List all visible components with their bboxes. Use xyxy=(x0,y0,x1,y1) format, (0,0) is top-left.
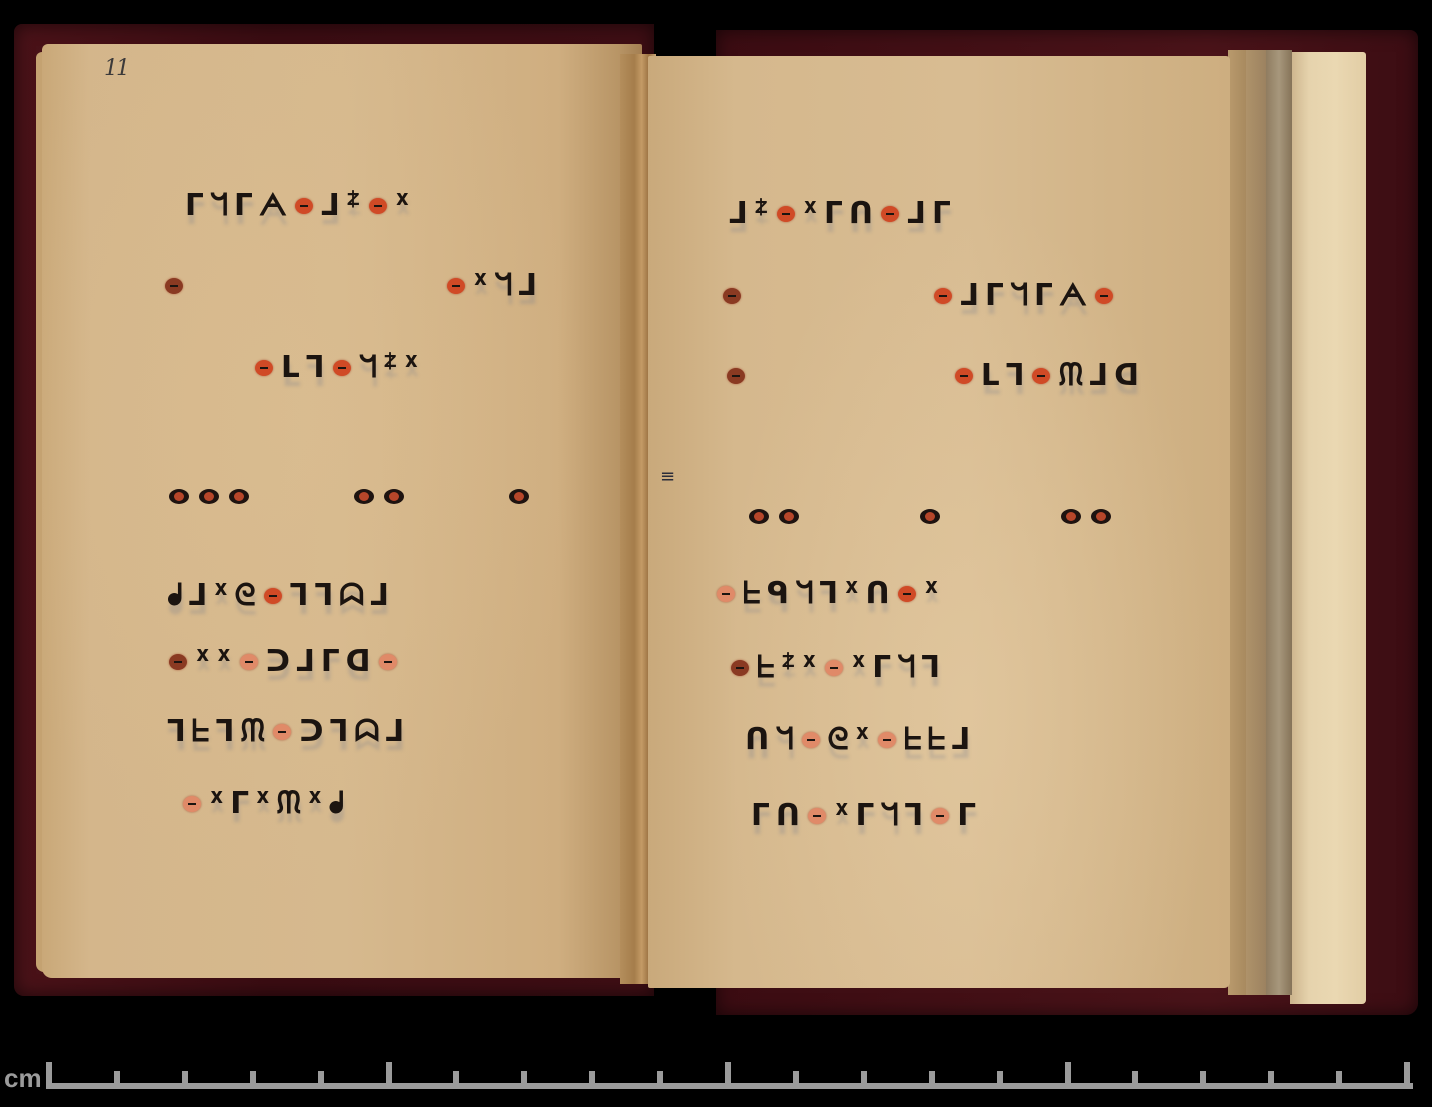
glyph: ᙇ xyxy=(383,353,398,383)
page-edge xyxy=(1244,50,1266,995)
script-line: ᖶᙇᕽᕽᒥᖻᒣ xyxy=(726,650,943,686)
script-line: ᒧᒥᖻᒥᗅ xyxy=(718,278,1118,314)
glyph: ᗣ xyxy=(354,717,379,747)
glyph: ᖻ xyxy=(210,191,228,221)
rubric-dot xyxy=(333,360,351,376)
glyph: ᖻ xyxy=(494,271,512,301)
glyph: ᒥ xyxy=(751,801,770,831)
glyph: ᕽ xyxy=(195,647,210,677)
punctuation-dot xyxy=(1091,509,1111,524)
scale-tick xyxy=(46,1062,52,1085)
rubric-dot xyxy=(240,654,258,670)
glyph: ᖻ xyxy=(359,353,377,383)
glyph: ᖻ xyxy=(775,725,793,755)
glyph: ᙏ xyxy=(1058,361,1083,391)
rubric-dot xyxy=(183,796,201,812)
scale-tick xyxy=(929,1071,935,1085)
scale-tick xyxy=(318,1071,324,1085)
glyph: ᖱ xyxy=(329,789,344,819)
rubric-dot xyxy=(379,654,397,670)
rubric-dot xyxy=(273,724,291,740)
rubric-dot xyxy=(717,586,735,602)
glyph: ᖶ xyxy=(928,725,946,755)
glyph: ᖶ xyxy=(904,725,922,755)
glyph: ᒣ xyxy=(167,717,186,747)
rubric-dot xyxy=(447,278,465,294)
scale-tick xyxy=(386,1062,392,1085)
rubric-dot xyxy=(255,360,273,376)
endpaper xyxy=(1290,52,1366,1004)
glyph: ᒥ xyxy=(932,199,951,229)
glyph: ᒧ xyxy=(370,581,389,611)
glyph: ᗅ xyxy=(1059,281,1087,311)
scale-tick xyxy=(1268,1071,1274,1085)
glyph: ᙇ xyxy=(754,199,769,229)
glyph: ᕽ xyxy=(473,271,488,301)
rubric-dot xyxy=(723,288,741,304)
glyph: ᗣ xyxy=(339,581,364,611)
glyph: ᒥ xyxy=(957,801,976,831)
glyph: ᒧ xyxy=(1089,361,1108,391)
glyph: ᖱ xyxy=(167,581,182,611)
glyph: ᕽ xyxy=(404,353,419,383)
scale-tick xyxy=(1065,1062,1071,1085)
rubric-dot xyxy=(777,206,795,222)
glyph: ᙏ xyxy=(276,789,301,819)
glyph: ᒧ xyxy=(729,199,748,229)
glyph: ᒣ xyxy=(1006,361,1025,391)
glyph: ᖻ xyxy=(880,801,898,831)
rubric-dot xyxy=(369,198,387,214)
glyph: ᗡ xyxy=(1114,361,1139,391)
punctuation-row xyxy=(744,498,1116,534)
script-line: ᑎᖻᘓᕽᖶᖶᒧ xyxy=(742,722,973,758)
glyph: ᕽ xyxy=(213,581,228,611)
glyph: ᑐ xyxy=(266,647,290,677)
glyph: ᒧ xyxy=(907,199,926,229)
glyph: ᖶ xyxy=(757,653,775,683)
glyph: ᑎ xyxy=(849,199,873,229)
glyph: ᖶ xyxy=(192,717,210,747)
script-line: ᒥᖻᒥᗅᒧᙇᕽ xyxy=(182,188,413,224)
punctuation-dot xyxy=(509,489,529,504)
script-line: ᒥᑎᕽᒥᖻᒣᒥ xyxy=(748,798,979,834)
scale-tick xyxy=(997,1071,1003,1085)
glyph: ᒣ xyxy=(330,717,349,747)
rubric-dot xyxy=(802,732,820,748)
rubric-dot xyxy=(825,660,843,676)
glyph: ᒧ xyxy=(321,191,340,221)
glyph: ᒪ xyxy=(981,361,1000,391)
script-line: ᒪᒣᖻᙇᕽ xyxy=(250,350,422,386)
rubric-dot xyxy=(165,278,183,294)
punctuation-dot xyxy=(229,489,249,504)
script-line: ᖱᒧᕽᘓᒣᒣᗣᒧ xyxy=(164,578,392,614)
page-edge xyxy=(1266,50,1292,995)
glyph: ᑫ xyxy=(767,579,789,609)
glyph: ᒥ xyxy=(1034,281,1053,311)
scale-tick xyxy=(589,1071,595,1085)
punctuation-dot xyxy=(199,489,219,504)
glyph: ᒥ xyxy=(872,653,891,683)
glyph: ᒧ xyxy=(518,271,537,301)
script-line: ᒣᖶᒣᙏᑐᒣᗣᒧ xyxy=(164,714,407,750)
glyph: ᕽ xyxy=(834,801,849,831)
scale-unit-label: cm xyxy=(4,1063,42,1094)
glyph: ᒪ xyxy=(281,353,300,383)
scale-tick xyxy=(1336,1071,1342,1085)
glyph: ᘓ xyxy=(235,581,256,611)
punctuation-dot xyxy=(920,509,940,524)
scale-tick xyxy=(1404,1062,1410,1085)
folio-number: 11 xyxy=(104,56,128,81)
scale-tick xyxy=(114,1071,120,1085)
glyph: ᕽ xyxy=(216,647,231,677)
rubric-dot xyxy=(1032,368,1050,384)
glyph: ᕽ xyxy=(395,191,410,221)
scale-tick xyxy=(657,1071,663,1085)
punctuation-dot xyxy=(354,489,374,504)
scale-tick xyxy=(1200,1071,1206,1085)
glyph: ᕽ xyxy=(255,789,270,819)
glyph: ᒧ xyxy=(385,717,404,747)
rubric-dot xyxy=(955,368,973,384)
script-line: ᖶᑫᖻᒣᕽᑎᕽ xyxy=(712,576,942,612)
script-line: ᒪᒣᙏᒧᗡ xyxy=(722,358,1142,394)
script-line: ᕽᖻᒧ xyxy=(160,268,540,304)
glyph: ᒥ xyxy=(230,789,249,819)
glyph: ᖶ xyxy=(743,579,761,609)
glyph: ᕽ xyxy=(924,579,939,609)
rubric-dot xyxy=(934,288,952,304)
glyph: ᒣ xyxy=(290,581,309,611)
rubric-dot xyxy=(727,368,745,384)
glyph: ᒣ xyxy=(216,717,235,747)
rubric-dot xyxy=(898,586,916,602)
scale-tick xyxy=(1132,1071,1138,1085)
glyph: ᒧ xyxy=(296,647,315,677)
rubric-dot xyxy=(295,198,313,214)
glyph: ᕽ xyxy=(307,789,322,819)
glyph: ᑎ xyxy=(865,579,889,609)
glyph: ᗅ xyxy=(259,191,287,221)
punctuation-dot xyxy=(384,489,404,504)
glyph: ᙇ xyxy=(781,653,796,683)
glyph: ᒥ xyxy=(855,801,874,831)
glyph: ᒥ xyxy=(985,281,1004,311)
glyph: ᑎ xyxy=(745,725,769,755)
glyph: ᒣ xyxy=(306,353,325,383)
margin-mark: ≡ xyxy=(660,466,675,487)
rubric-dot xyxy=(264,588,282,604)
glyph: ᒧ xyxy=(960,281,979,311)
glyph: ᑎ xyxy=(776,801,800,831)
script-line: ᕽᕽᑐᒧᒥᗡ xyxy=(164,644,402,680)
glyph: ᙇ xyxy=(346,191,361,221)
glyph: ᖻ xyxy=(897,653,915,683)
scale-tick xyxy=(521,1071,527,1085)
rubric-dot xyxy=(1095,288,1113,304)
scale-tick xyxy=(861,1071,867,1085)
scale-tick xyxy=(725,1062,731,1085)
punctuation-dot xyxy=(1061,509,1081,524)
glyph: ᒣ xyxy=(314,581,333,611)
punctuation-dot xyxy=(749,509,769,524)
glyph: ᑐ xyxy=(299,717,323,747)
script-line: ᒧᙇᕽᒥᑎᒧᒥ xyxy=(726,196,954,232)
glyph: ᗡ xyxy=(346,647,371,677)
rubric-dot xyxy=(878,732,896,748)
rubric-dot xyxy=(881,206,899,222)
rubric-dot xyxy=(731,660,749,676)
rubric-dot xyxy=(808,808,826,824)
glyph: ᒥ xyxy=(824,199,843,229)
scale-tick xyxy=(182,1071,188,1085)
punctuation-dot xyxy=(779,509,799,524)
glyph: ᒥ xyxy=(234,191,253,221)
glyph: ᕽ xyxy=(855,725,870,755)
glyph: ᕽ xyxy=(802,653,817,683)
glyph: ᒥ xyxy=(321,647,340,677)
glyph: ᖻ xyxy=(795,579,813,609)
punctuation-dot xyxy=(169,489,189,504)
glyph: ᖻ xyxy=(1010,281,1028,311)
glyph: ᕽ xyxy=(803,199,818,229)
glyph: ᕽ xyxy=(844,579,859,609)
page-edge xyxy=(1228,50,1246,995)
glyph: ᒣ xyxy=(904,801,923,831)
glyph: ᕽ xyxy=(851,653,866,683)
scale-tick xyxy=(793,1071,799,1085)
scale-tick xyxy=(250,1071,256,1085)
glyph: ᒣ xyxy=(921,653,940,683)
glyph: ᘓ xyxy=(828,725,849,755)
rubric-dot xyxy=(931,808,949,824)
glyph: ᙏ xyxy=(240,717,265,747)
glyph: ᒧ xyxy=(951,725,970,755)
script-line: ᕽᒥᕽᙏᕽᖱ xyxy=(178,786,347,822)
glyph: ᕽ xyxy=(209,789,224,819)
glyph: ᒧ xyxy=(188,581,207,611)
scale-tick xyxy=(453,1071,459,1085)
glyph: ᒣ xyxy=(819,579,838,609)
punctuation-row xyxy=(164,478,534,514)
manuscript-photo: 11 ≡ ᒥᖻᒥᗅᒧᙇᕽ ᕽᖻᒧ ᒪᒣᖻᙇᕽ ᖱᒧᕽᘓᒣᒣᗣᒧ ᕽᕽᑐᒧᒥᗡ ᒣ… xyxy=(0,0,1432,1107)
rubric-dot xyxy=(169,654,187,670)
glyph: ᒥ xyxy=(185,191,204,221)
